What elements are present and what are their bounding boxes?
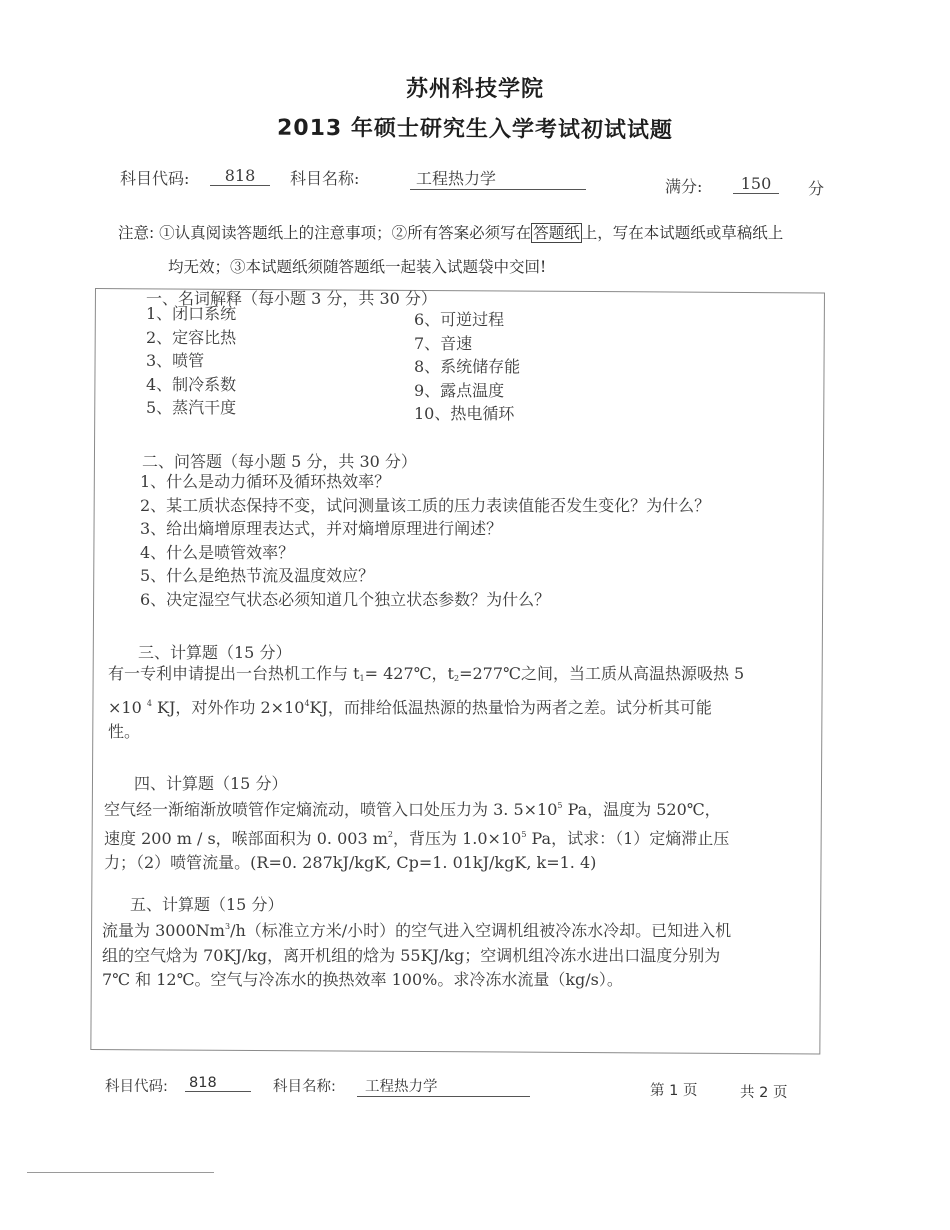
text: 速度 200 m / s，喉部面积为 0. 003 m xyxy=(104,829,388,848)
term-item: 10、热电循环 xyxy=(414,402,674,426)
full-score: 150 xyxy=(733,174,779,194)
full-score-unit: 分 xyxy=(808,176,824,199)
term-item: 2、定容比热 xyxy=(146,326,406,350)
term-item: 1、闭口系统 xyxy=(146,302,406,326)
text: 流量为 3000Nm xyxy=(102,921,225,940)
section-3-heading: 三、计算题（15 分） xyxy=(138,640,291,663)
scan-edge-line xyxy=(27,1172,214,1173)
problem-line: 性。 xyxy=(108,720,813,745)
question-item: 6、决定湿空气状态必须知道几个独立状态参数？为什么？ xyxy=(140,588,820,612)
page-total: 共 2 页 xyxy=(740,1081,787,1102)
notice-line-1: 注意: ①认真阅读答题纸上的注意事项；②所有答案必须写在答题纸上，写在本试题纸或… xyxy=(118,216,828,250)
footer-subject-code-label: 科目代码: xyxy=(105,1075,168,1096)
question-item: 5、什么是绝热节流及温度效应？ xyxy=(140,564,820,588)
problem-line: 7℃ 和 12℃。空气与冷冻水的换热效率 100%。求冷冻水流量（kg/s）。 xyxy=(102,968,814,993)
full-score-label: 满分: xyxy=(665,174,702,197)
notice-label: 注意: xyxy=(118,224,154,242)
text: = 427℃，t xyxy=(365,664,454,683)
exam-title: 2013 年硕士研究生入学考试初试试题 xyxy=(0,109,950,147)
page-footer: 科目代码: 818 科目名称: 工程热力学 第 1 页 共 2 页 xyxy=(105,1075,805,1105)
text: =277℃之间，当工质从高温热源吸热 5 xyxy=(459,664,744,683)
section-2-heading: 二、问答题（每小题 5 分，共 30 分） xyxy=(142,449,417,472)
question-item: 4、什么是喷管效率？ xyxy=(140,541,820,565)
section-4-heading: 四、计算题（15 分） xyxy=(134,771,287,794)
term-item: 5、蒸汽干度 xyxy=(146,396,406,420)
school-name: 苏州科技学院 xyxy=(0,72,950,103)
text: KJ，而排给低温热源的热量恰为两者之差。试分析其可能 xyxy=(310,698,712,717)
term-item: 8、系统储存能 xyxy=(414,355,674,379)
problem-line: 速度 200 m / s，喉部面积为 0. 003 m2，背压为 1.0×105… xyxy=(104,823,814,852)
notice-line-2: 均无效；③本试题纸须随答题纸一起装入试题袋中交回! xyxy=(118,250,828,284)
section-3-problem: 有一专利申请提出一台热机工作与 t1= 427℃，t2=277℃之间，当工质从高… xyxy=(108,662,813,745)
text: ×10 xyxy=(108,698,142,717)
term-item: 9、露点温度 xyxy=(414,379,674,403)
subject-code-label: 科目代码: xyxy=(120,166,189,189)
subject-code: 818 xyxy=(210,166,270,186)
section-1-col-2: 6、可逆过程 7、音速 8、系统储存能 9、露点温度 10、热电循环 xyxy=(414,308,674,426)
footer-subject-name: 工程热力学 xyxy=(357,1075,530,1097)
problem-line: 有一专利申请提出一台热机工作与 t1= 427℃，t2=277℃之间，当工质从高… xyxy=(108,662,813,692)
subject-meta-row: 科目代码: 818 科目名称: 工程热力学 满分: 150 分 xyxy=(120,166,840,196)
section-5-heading: 五、计算题（15 分） xyxy=(130,892,283,915)
text: ，背压为 1.0×10 xyxy=(393,829,521,848)
term-item: 6、可逆过程 xyxy=(414,308,674,332)
text: 空气经一渐缩渐放喷管作定熵流动，喷管入口处压力为 3. 5×10 xyxy=(104,800,557,819)
notice-text: 上，写在本试题纸或草稿纸上 xyxy=(582,224,784,242)
answer-sheet-boxed: 答题纸 xyxy=(531,223,582,243)
notice: 注意: ①认真阅读答题纸上的注意事项；②所有答案必须写在答题纸上，写在本试题纸或… xyxy=(118,216,828,284)
question-item: 3、给出熵增原理表达式，并对熵增原理进行阐述？ xyxy=(140,517,820,541)
question-item: 1、什么是动力循环及循环热效率？ xyxy=(140,470,820,494)
section-2-list: 1、什么是动力循环及循环热效率？ 2、某工质状态保持不变，试问测量该工质的压力表… xyxy=(140,470,820,611)
problem-line: 流量为 3000Nm3/h（标准立方米/小时）的空气进入空调机组被冷冻水冷却。已… xyxy=(102,915,814,944)
text: Pa，试求：（1）定熵滞止压 xyxy=(526,829,729,848)
text: /h（标准立方米/小时）的空气进入空调机组被冷冻水冷却。已知进入机 xyxy=(230,921,731,940)
section-1-col-1: 1、闭口系统 2、定容比热 3、喷管 4、制冷系数 5、蒸汽干度 xyxy=(146,302,406,420)
text: KJ，对外作功 2×10 xyxy=(152,698,305,717)
subject-name-label: 科目名称: xyxy=(290,166,359,189)
term-item: 7、音速 xyxy=(414,332,674,356)
section-4-problem: 空气经一渐缩渐放喷管作定熵流动，喷管入口处压力为 3. 5×105 Pa，温度为… xyxy=(104,794,814,876)
problem-line: 空气经一渐缩渐放喷管作定熵流动，喷管入口处压力为 3. 5×105 Pa，温度为… xyxy=(104,794,814,823)
text: Pa，温度为 520℃， xyxy=(562,800,720,819)
term-item: 4、制冷系数 xyxy=(146,373,406,397)
term-item: 3、喷管 xyxy=(146,349,406,373)
problem-line: ×10 4 KJ，对外作功 2×104KJ，而排给低温热源的热量恰为两者之差。试… xyxy=(108,692,813,721)
question-item: 2、某工质状态保持不变，试问测量该工质的压力表读值能否发生变化？为什么？ xyxy=(140,494,820,518)
footer-subject-name-label: 科目名称: xyxy=(273,1075,336,1096)
section-5-problem: 流量为 3000Nm3/h（标准立方米/小时）的空气进入空调机组被冷冻水冷却。已… xyxy=(102,915,814,993)
page-number: 第 1 页 xyxy=(650,1079,697,1100)
problem-line: 力；（2）喷管流量。(R=0. 287kJ/kgK, Cp=1. 01kJ/kg… xyxy=(104,851,814,876)
notice-text: ①认真阅读答题纸上的注意事项；②所有答案必须写在 xyxy=(159,224,531,242)
footer-subject-code: 818 xyxy=(185,1075,251,1092)
subject-name: 工程热力学 xyxy=(410,166,586,190)
problem-line: 组的空气焓为 70KJ/kg，离开机组的焓为 55KJ/kg；空调机组冷冻水进出… xyxy=(102,944,814,969)
text: 有一专利申请提出一台热机工作与 t xyxy=(108,664,360,683)
